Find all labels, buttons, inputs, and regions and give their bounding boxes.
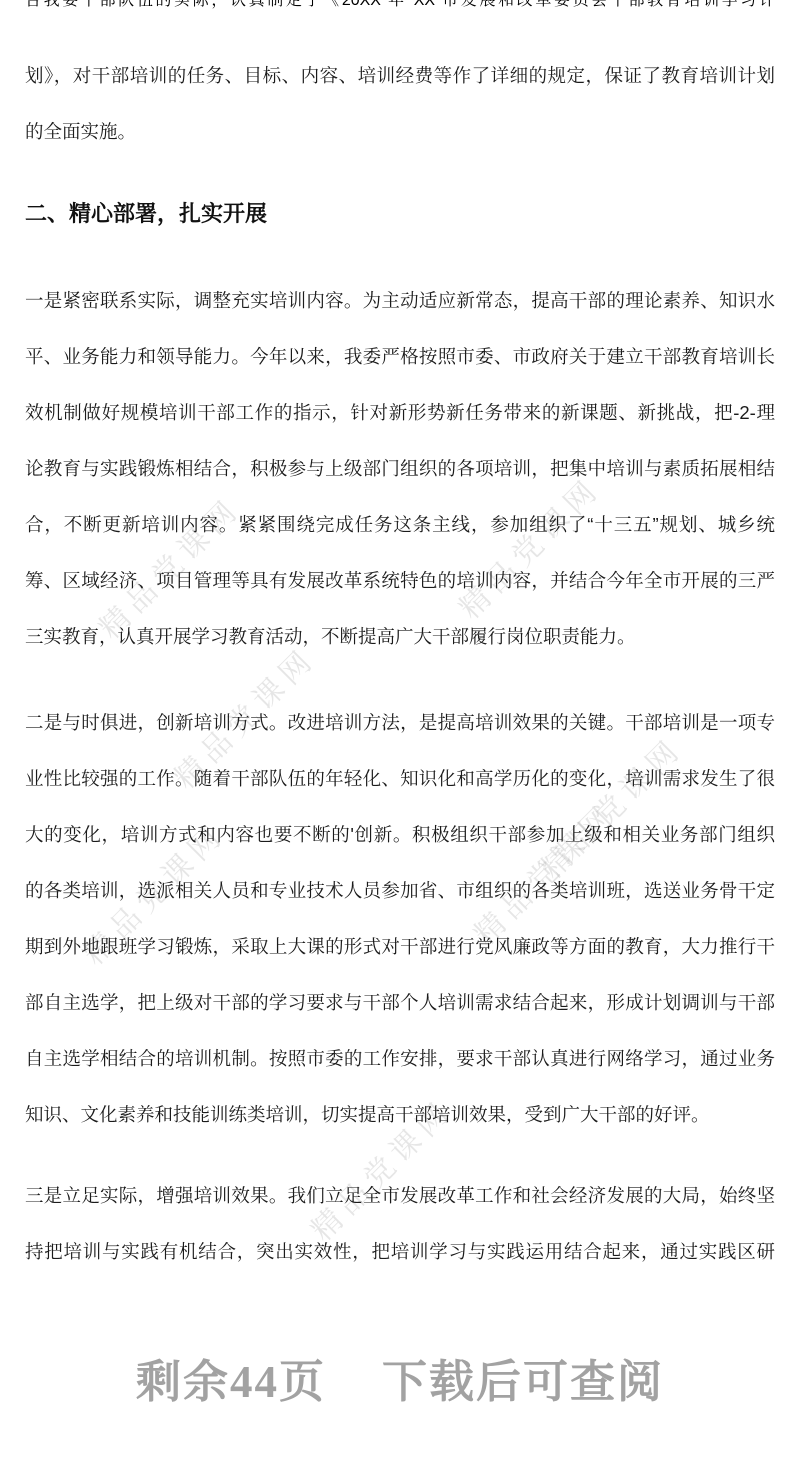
text-line: 持把培训与实践有机结合，突出实效性，把培训学习与实践运用结合起来，通过实践区研究… [25, 1224, 775, 1280]
text-line: 三是立足实际，增强培训效果。我们立足全市发展改革工作和社会经济发展的大局，始终坚 [25, 1168, 775, 1224]
document-page: 划》，对干部培训的任务、目标、内容、培训经费等作了详细的规定，保证了教育培训计划… [0, 48, 800, 1406]
text-line: 二是与时俱进，创新培训方式。改进培训方法，是提高培训效果的关键。干部培训是一项专 [25, 695, 775, 751]
text-line: 知识、文化素养和技能训练类培训，切实提高干部培训效果，受到广大干部的好评。 [25, 1087, 775, 1143]
paragraph-2: 一是紧密联系实际，调整充实培训内容。为主动适应新常态，提高干部的理论素养、知识水… [25, 273, 775, 665]
text-line: 的各类培训，选派相关人员和专业技术人员参加省、市组织的各类培训班，选送业务骨干定 [25, 863, 775, 919]
paragraph-4: 三是立足实际，增强培训效果。我们立足全市发展改革工作和社会经济发展的大局，始终坚… [25, 1168, 775, 1280]
text-line: 业性比较强的工作。随着干部队伍的年轻化、知识化和高学历化的变化，培训需求发生了很 [25, 751, 775, 807]
text-line: 平、业务能力和领导能力。今年以来，我委严格按照市委、市政府关于建立干部教育培训长 [25, 329, 775, 385]
text-line: 划》，对干部培训的任务、目标、内容、培训经费等作了详细的规定，保证了教育培训计划 [25, 48, 775, 104]
section-heading-2: 二、精心部署，扎实开展 [25, 186, 775, 242]
text-line: 筹、区域经济、项目管理等具有发展改革系统特色的培训内容，并结合今年全市开展的三严 [25, 553, 775, 609]
download-to-view-label: 下载后可查阅 [382, 1358, 664, 1406]
download-hint-banner: 剩余44页 下载后可查阅 [25, 1358, 775, 1406]
text-line: 效机制做好规模培训干部工作的指示，针对新形势新任务带来的新课题、新挑战，把-2-… [25, 385, 775, 441]
clipped-top-line: 合我委干部队伍的实际，认真制定了《20XX 年 XX 市发展和改革委员会干部教育… [25, 0, 775, 13]
paragraph-1: 划》，对干部培训的任务、目标、内容、培训经费等作了详细的规定，保证了教育培训计划… [25, 48, 775, 160]
text-line: 论教育与实践锻炼相结合，积极参与上级部门组织的各项培训，把集中培训与素质拓展相结 [25, 441, 775, 497]
text-line: 自主选学相结合的培训机制。按照市委的工作安排，要求干部认真进行网络学习，通过业务 [25, 1031, 775, 1087]
text-line: 合我委干部队伍的实际，认真制定了《20XX 年 XX 市发展和改革委员会干部教育… [25, 0, 775, 12]
text-line: 三实教育，认真开展学习教育活动，不断提高广大干部履行岗位职责能力。 [25, 609, 775, 665]
paragraph-3: 二是与时俱进，创新培训方式。改进培训方法，是提高培训效果的关键。干部培训是一项专… [25, 695, 775, 1143]
text-line: 一是紧密联系实际，调整充实培训内容。为主动适应新常态，提高干部的理论素养、知识水 [25, 273, 775, 329]
text-line: 大的变化，培训方式和内容也要不断的'创新。积极组织干部参加上级和相关业务部门组织 [25, 807, 775, 863]
text-line: 期到外地跟班学习锻炼，采取上大课的形式对干部进行党风廉政等方面的教育，大力推行干 [25, 919, 775, 975]
remaining-pages-label: 剩余44页 [136, 1358, 326, 1406]
text-line: 合，不断更新培训内容。紧紧围绕完成任务这条主线，参加组织了“十三五”规划、城乡统 [25, 497, 775, 553]
text-line: 部自主选学，把上级对干部的学习要求与干部个人培训需求结合起来，形成计划调训与干部 [25, 975, 775, 1031]
text-line: 的全面实施。 [25, 104, 775, 160]
